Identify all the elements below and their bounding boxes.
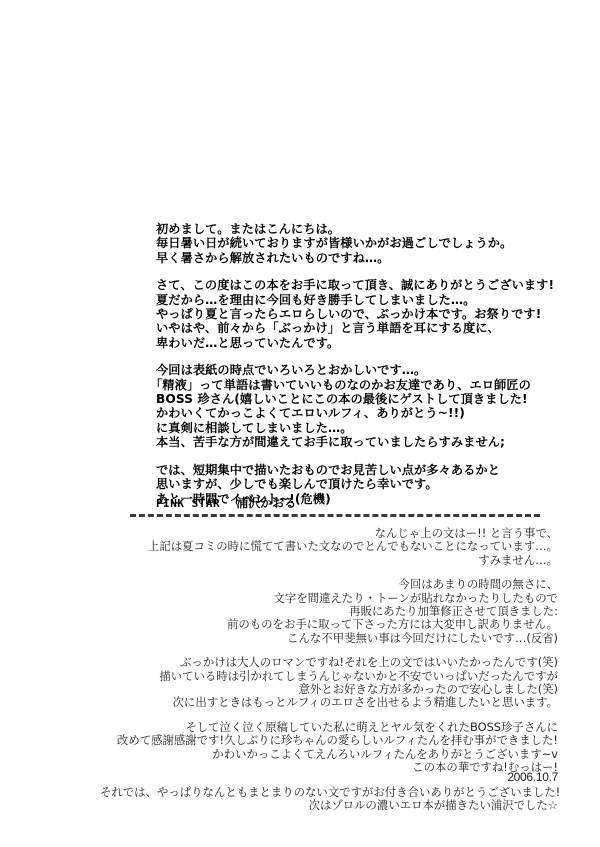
book-page: 初めまして。またはこんにちは。 毎日暑い日が続いておりますが皆様いかがお過ごしで… — [0, 0, 600, 847]
text-line: それでは、やっぱりなんともまとまりのない文ですがお付き合いありがとうございました… — [100, 786, 558, 799]
text-line: 今回はあまりの時間の無さに、 — [100, 578, 558, 591]
text-line: 改めて感謝感謝です!久しぶりに珍ちゃんの愛らしいルフィたんを拝む事ができました! — [100, 734, 558, 747]
text-line: すみません…。 — [100, 554, 558, 567]
text-line: 次はゾロルの濃いエロ本が描きたい浦沢でした☆ — [100, 799, 558, 812]
postscript-paragraph-reprint: 今回はあまりの時間の無さに、 文字を間違えたり・トーンが貼れなかったりしたもので… — [100, 578, 558, 645]
text-line: 次に出すときはもっとルフィのエロさを出せるよう精進したいと思います。 — [100, 696, 558, 709]
afterword-paragraph-thanks: さて、この度はこの本をお手に取って頂き、誠にありがとうございます! 夏だから…を… — [156, 278, 556, 350]
text-line: 再販にあたり加筆修正させて頂きました: — [100, 605, 558, 618]
circle-name: PINK STAR — [156, 497, 220, 510]
text-line: さて、この度はこの本をお手に取って頂き、誠にありがとうございます! — [156, 278, 556, 292]
text-line: 「精液」って単語は書いていいものなのかお友達であり、エロ師匠の — [150, 378, 556, 392]
date-stamp: 2006.10.7 — [440, 770, 558, 784]
text-line: 前のものをお手に取って下さった方には大変申し訳ありません。 — [100, 618, 558, 631]
dashed-divider — [130, 514, 540, 517]
postscript-paragraph-guest-thanks: そして泣く泣く原稿していた私に萌えとヤル気をくれたBOSS珍子さんに 改めて感謝… — [100, 721, 558, 775]
text-line: なんじゃ上の文はー!! と言う事で、 — [100, 527, 558, 540]
text-line: 今回は表紙の時点でいろいろとおかしいです…。 — [156, 363, 556, 377]
text-line: 早く暑さから解放されたいものですね…。 — [156, 251, 556, 265]
text-line: 初めまして。またはこんにちは。 — [156, 222, 556, 236]
postscript-paragraph-romance: ぶっかけは大人のロマンですね!それを上の文ではいいたかったんです(笑) 描いてい… — [100, 656, 558, 710]
text-line: 夏だから…を理由に今回も好き勝手してしまいました…。 — [156, 293, 556, 307]
postscript-paragraph-farewell: それでは、やっぱりなんともまとまりのない文ですがお付き合いありがとうございました… — [100, 786, 558, 813]
text-line: 思いますが、少しでも楽しんで頂けたら幸いです。 — [156, 477, 556, 491]
afterword-paragraph-greeting: 初めまして。またはこんにちは。 毎日暑い日が続いておりますが皆様いかがお過ごしで… — [156, 222, 556, 265]
text-line: では、短期集中で描いたおものでお見苦しい点が多々あるかと — [156, 463, 556, 477]
text-line: ぶっかけは大人のロマンですね!それを上の文ではいいたかったんです(笑) — [100, 656, 558, 669]
author-name: 浦沢かおる — [236, 496, 296, 510]
text-line: BOSS 珍さん(嬉しいことにこの本の最後にゲストして頂きました! — [156, 392, 556, 406]
text-line: 卑わいだ…と思っていたんです。 — [156, 336, 556, 350]
text-line: に真剣に相談してしまいました…。 — [156, 421, 556, 435]
text-line: 文字を間違えたり・トーンが貼れなかったりしたもので — [100, 592, 558, 605]
text-line: やっぱり夏と言ったらエロらしいので、ぶっかけ本です。お祭りです! — [156, 307, 556, 321]
text-line: かわいかっこよくてえんろいルフィたんをありがとうございます~v — [100, 748, 558, 761]
text-line: かわいくてかっこよくてエロいルフィ、ありがとう~!!) — [156, 406, 556, 420]
text-line: 本当、苦手な方が間違えてお手に取っていましたらすみません; — [156, 435, 556, 449]
author-signature: PINK STAR 浦沢かおる — [156, 494, 296, 511]
afterword-section: 初めまして。またはこんにちは。 毎日暑い日が続いておりますが皆様いかがお過ごしで… — [156, 222, 556, 519]
text-line: いやはや、前々から「ぶっかけ」と言う単語を耳にする度に、 — [156, 321, 556, 335]
text-line: 描いている時は引かれてしまうんじゃないかと不安でいっぱいだったんですが — [100, 670, 558, 683]
text-line: 毎日暑い日が続いておりますが皆様いかがお過ごしでしょうか。 — [156, 236, 556, 250]
text-line: そして泣く泣く原稿していた私に萌えとヤル気をくれたBOSS珍子さんに — [100, 721, 558, 734]
postscript-paragraph-apology: なんじゃ上の文はー!! と言う事で、 上記は夏コミの時に慌てて書いた文なのでとん… — [100, 527, 558, 567]
afterword-paragraph-cover: 今回は表紙の時点でいろいろとおかしいです…。 「精液」って単語は書いていいものな… — [156, 363, 556, 449]
text-line: こんな不甲斐無い事は今回だけにしたいです…(反省) — [100, 632, 558, 645]
text-line: 上記は夏コミの時に慌てて書いた文なのでとんでもないことになっています…。 — [100, 540, 558, 553]
text-line: 意外とお好きな方が多かったので安心しました(笑) — [100, 683, 558, 696]
